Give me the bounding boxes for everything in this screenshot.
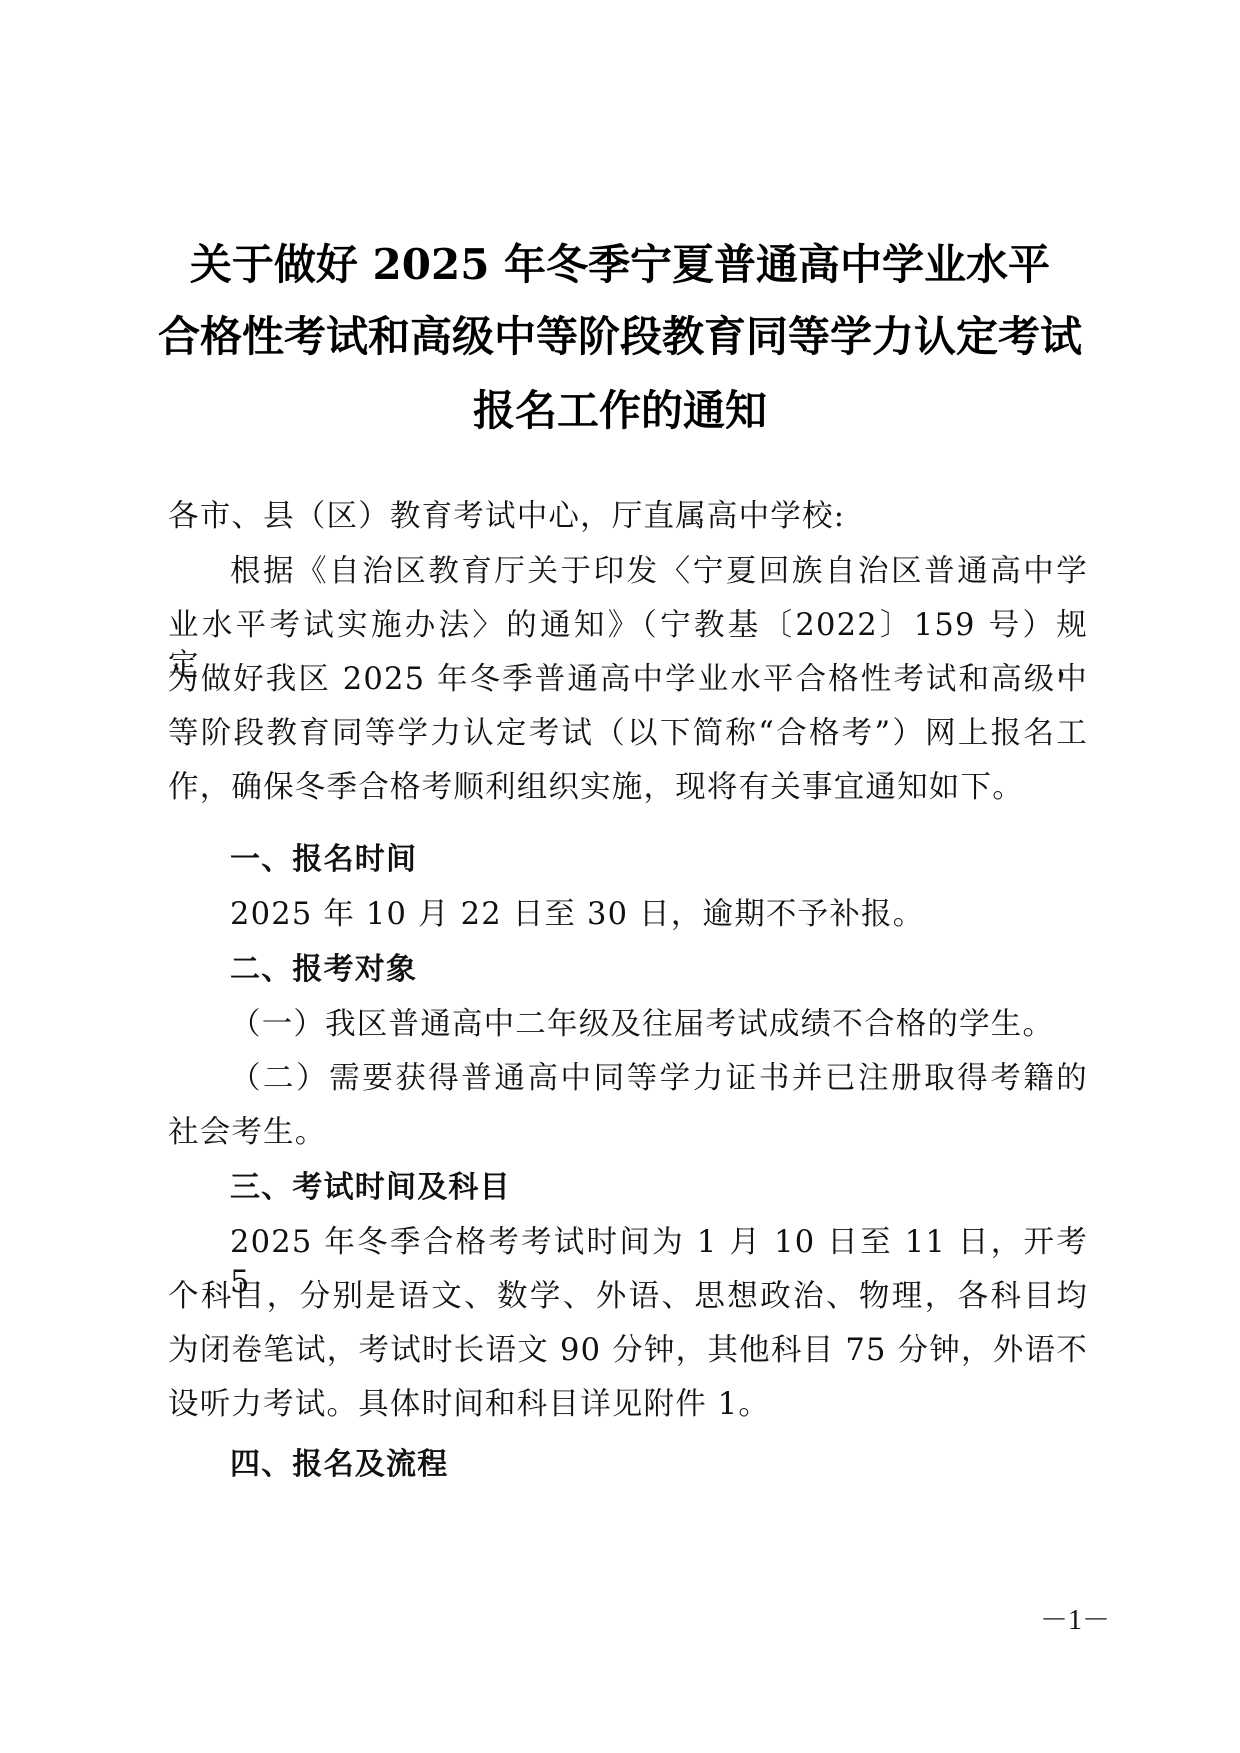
section-heading-1: 一、报名时间	[230, 840, 1088, 880]
section-2-line-2: （二）需要获得普通高中同等学力证书并已注册取得考籍的	[230, 1059, 1088, 1099]
intro-line-3: 为做好我区 2025 年冬季普通高中学业水平合格性考试和高级中	[168, 660, 1088, 700]
section-2-line-3: 社会考生。	[168, 1113, 1088, 1153]
salutation: 各市、县（区）教育考试中心，厅直属高中学校:	[168, 497, 1088, 537]
title-line-2: 合格性考试和高级中等阶段教育同等学力认定考试	[0, 312, 1240, 362]
section-heading-4: 四、报名及流程	[230, 1445, 1088, 1485]
section-3-line-3: 为闭卷笔试，考试时长语文 90 分钟，其他科目 75 分钟，外语不	[168, 1331, 1088, 1371]
section-1-line-1: 2025 年 10 月 22 日至 30 日，逾期不予补报。	[230, 895, 1088, 935]
document-page: 关于做好 2025 年冬季宁夏普通高中学业水平 合格性考试和高级中等阶段教育同等…	[0, 0, 1240, 1753]
section-2-line-1: （一）我区普通高中二年级及往届考试成绩不合格的学生。	[230, 1005, 1088, 1045]
section-heading-3: 三、考试时间及科目	[230, 1168, 1088, 1208]
section-heading-2: 二、报考对象	[230, 950, 1088, 990]
section-3-line-2: 个科目，分别是语文、数学、外语、思想政治、物理，各科目均	[168, 1277, 1088, 1317]
intro-line-1: 根据《自治区教育厅关于印发〈宁夏回族自治区普通高中学	[230, 552, 1088, 592]
page-number: －1－	[1040, 1598, 1110, 1638]
intro-line-4: 等阶段教育同等学力认定考试（以下简称“合格考”）网上报名工	[168, 714, 1088, 754]
title-line-3: 报名工作的通知	[0, 386, 1240, 436]
title-line-1: 关于做好 2025 年冬季宁夏普通高中学业水平	[0, 240, 1240, 290]
section-3-line-4: 设听力考试。具体时间和科目详见附件 1。	[168, 1385, 1088, 1425]
intro-line-5: 作，确保冬季合格考顺利组织实施，现将有关事宜通知如下。	[168, 768, 1088, 808]
